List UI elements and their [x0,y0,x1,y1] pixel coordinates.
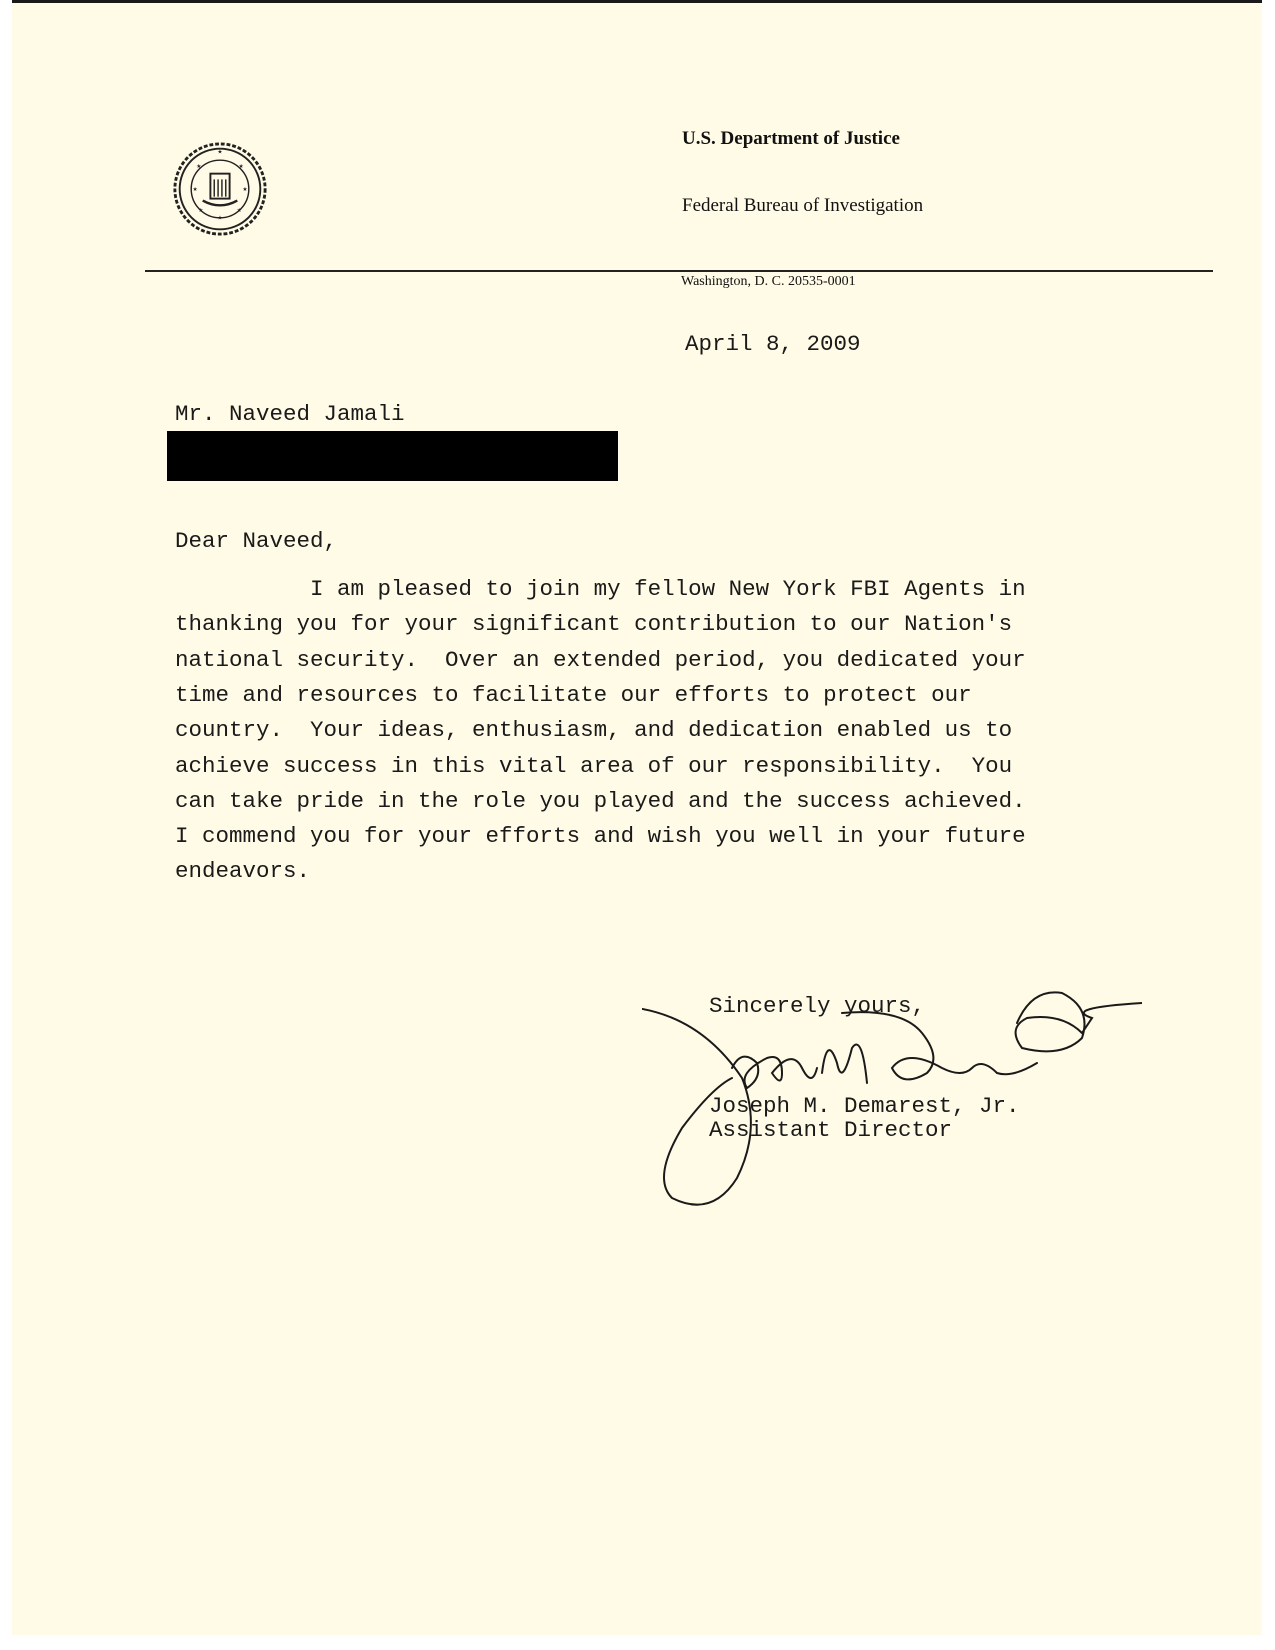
signer-title: Assistant Director [709,1117,952,1143]
fbi-seal-icon: ★ ★ ★ ★ ★ ★ ★ ★ [172,141,268,237]
letter-page: ★ ★ ★ ★ ★ ★ ★ ★ U.S. Department of Justi… [12,0,1262,1635]
svg-text:★: ★ [242,186,247,193]
body-line: I commend you for your efforts and wish … [175,823,1026,849]
svg-text:★: ★ [217,148,222,155]
svg-text:★: ★ [198,207,203,214]
department-name: U.S. Department of Justice [682,128,900,150]
svg-text:★: ★ [192,186,197,193]
recipient-name: Mr. Naveed Jamali [175,401,405,427]
body-line: time and resources to facilitate our eff… [175,682,972,708]
svg-text:★: ★ [237,207,242,214]
svg-text:★: ★ [196,163,201,170]
letterhead-divider [145,270,1213,272]
redacted-address [167,431,618,481]
bureau-name: Federal Bureau of Investigation [682,195,923,217]
body-line: I am pleased to join my fellow New York … [175,576,1026,602]
closing: Sincerely yours, [709,993,925,1019]
body-line: achieve success in this vital area of ou… [175,753,1012,779]
svg-text:★: ★ [217,215,222,222]
body-line: national security. Over an extended peri… [175,647,1026,673]
body-line: country. Your ideas, enthusiasm, and ded… [175,717,1012,743]
body-line: can take pride in the role you played an… [175,788,1026,814]
body-line: endeavors. [175,858,310,884]
signer-name: Joseph M. Demarest, Jr. [709,1093,1020,1119]
letterhead-address: Washington, D. C. 20535-0001 [681,274,856,290]
svg-text:★: ★ [239,163,244,170]
body-line: thanking you for your significant contri… [175,611,1012,637]
salutation: Dear Naveed, [175,528,337,554]
letter-date: April 8, 2009 [685,331,861,357]
